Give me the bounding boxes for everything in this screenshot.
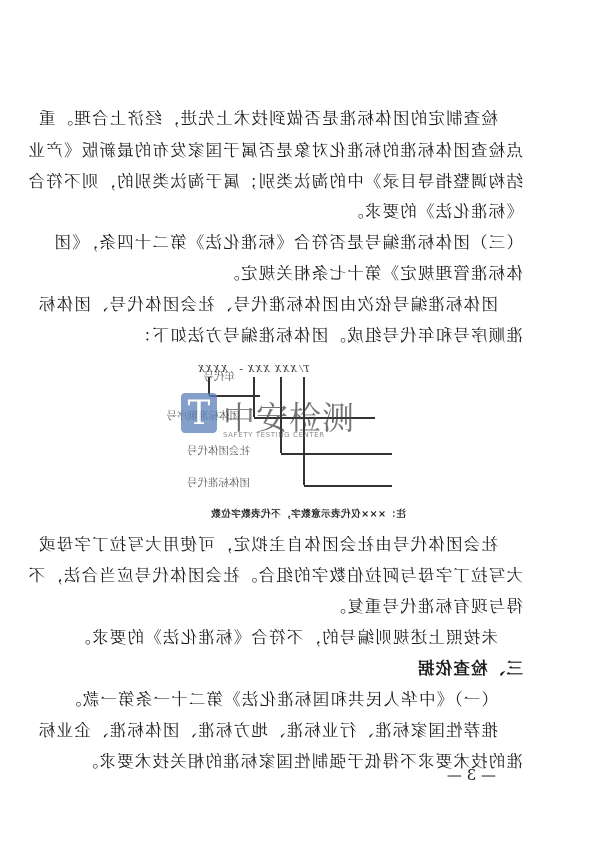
diagram-note: 注：×××仅代表示意数字，不代表数字位数 <box>211 506 406 520</box>
text-line: 得与现有标准代号重复。 <box>328 593 523 617</box>
text-line: 结构调整指导目录》中的淘汰类别；属于淘汰类别的，则不符合 <box>27 168 523 192</box>
text-line: 《标准化法》的要求。 <box>346 198 523 222</box>
code-prefix: T/ <box>299 363 310 375</box>
text-line: 未按照上述规则编号的，不符合《标准化法》的要求。 <box>73 624 498 648</box>
text-line: 社会团体代号由社会团体自主拟定，可使用大写拉丁字母或 <box>38 531 498 555</box>
code-dash: - <box>238 363 243 375</box>
text-line: 准顺序号和年代号组成。团体标准编号方法如下： <box>134 322 523 346</box>
label-org-code: 社会团体代号 <box>187 443 250 458</box>
text-line: 团体标准编号依次由团体标准代号、社会团体代号、团体标 <box>38 291 498 315</box>
connector <box>281 453 392 455</box>
text-line: （三）团体标准编号是否符合《标准化法》第二十四条，《团 <box>53 229 523 253</box>
watermark-logo-icon: T <box>181 393 217 433</box>
page-number: — 3 — <box>447 766 496 784</box>
text-line: 检查制定的团体标准是否做到技术上先进，经济上合理。重 <box>38 105 498 129</box>
label-std-code: 团体标准代号 <box>187 475 250 490</box>
text-line: 点检查团体标准的标准化对象是否属于国家发布的最新版《产业 <box>27 137 523 161</box>
watermark: T 中安检测 SAFETY TESTING CENTER <box>181 393 361 443</box>
watermark-subtext: SAFETY TESTING CENTER <box>223 431 325 439</box>
code-seq: XXX <box>247 363 270 375</box>
text-line: （一）《中华人民共和国标准化法》第二十一条第一款。 <box>64 686 498 710</box>
document-page: 检查制定的团体标准是否做到技术上先进，经济上合理。重点检查团体标准的标准化对象是… <box>0 0 596 842</box>
text-line: 大写拉丁字母与阿拉伯数字的组合。社会团体代号应当合法，不 <box>27 562 523 586</box>
label-year: 年代号 <box>204 369 236 384</box>
text-line: 体标准管理规定》第十七条相关规定。 <box>222 260 523 284</box>
code-org: XXX <box>274 363 297 375</box>
connector <box>304 485 392 487</box>
section-heading: 三、检查依据 <box>417 655 523 679</box>
text-line: 推荐性国家标准、行业标准、地方标准、团体标准、企业标 <box>38 717 498 741</box>
